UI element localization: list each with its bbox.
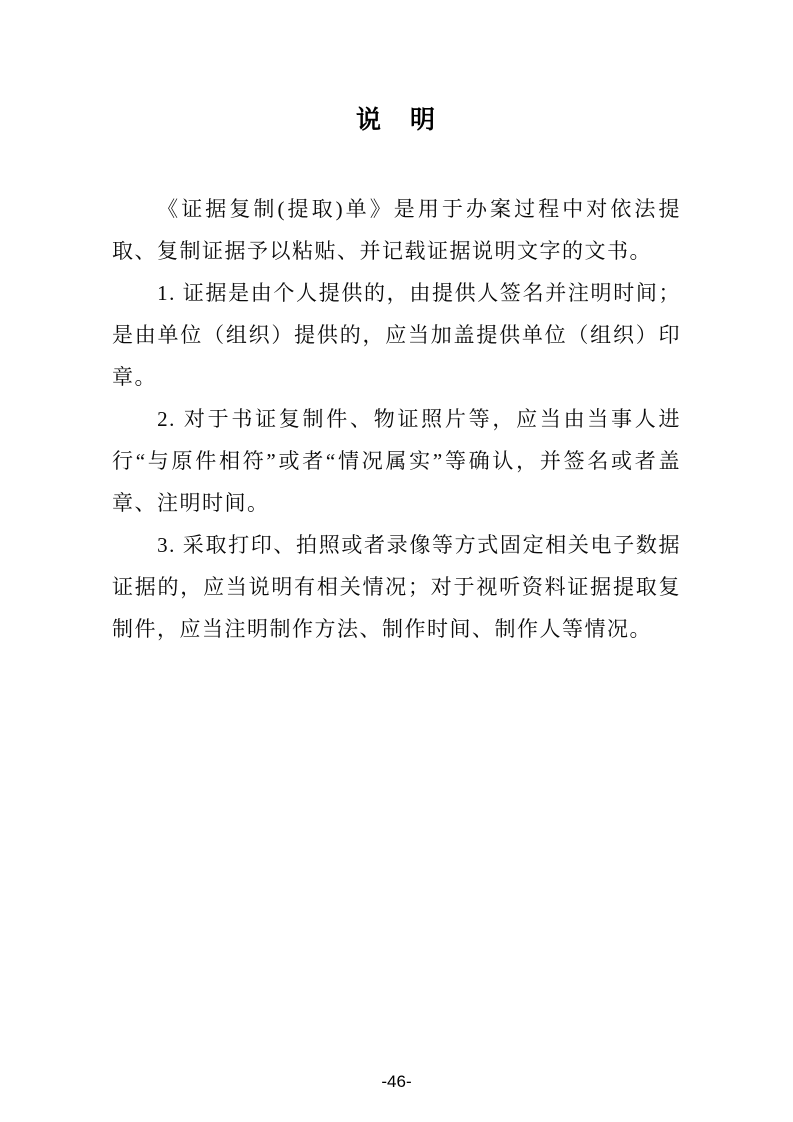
document-page: 说 明 《证据复制(提取)单》是用于办案过程中对依法提取、复制证据予以粘贴、并记… bbox=[0, 0, 793, 1122]
paragraph-item-2: 2. 对于书证复制件、物证照片等，应当由当事人进行“与原件相符”或者“情况属实”… bbox=[112, 398, 681, 524]
page-title: 说 明 bbox=[0, 0, 793, 136]
page-number: -46- bbox=[0, 1072, 793, 1092]
document-body: 《证据复制(提取)单》是用于办案过程中对依法提取、复制证据予以粘贴、并记载证据说… bbox=[112, 188, 681, 650]
paragraph-intro: 《证据复制(提取)单》是用于办案过程中对依法提取、复制证据予以粘贴、并记载证据说… bbox=[112, 188, 681, 272]
paragraph-item-1: 1. 证据是由个人提供的，由提供人签名并注明时间；是由单位（组织）提供的，应当加… bbox=[112, 272, 681, 398]
paragraph-item-3: 3. 采取打印、拍照或者录像等方式固定相关电子数据证据的，应当说明有相关情况；对… bbox=[112, 524, 681, 650]
